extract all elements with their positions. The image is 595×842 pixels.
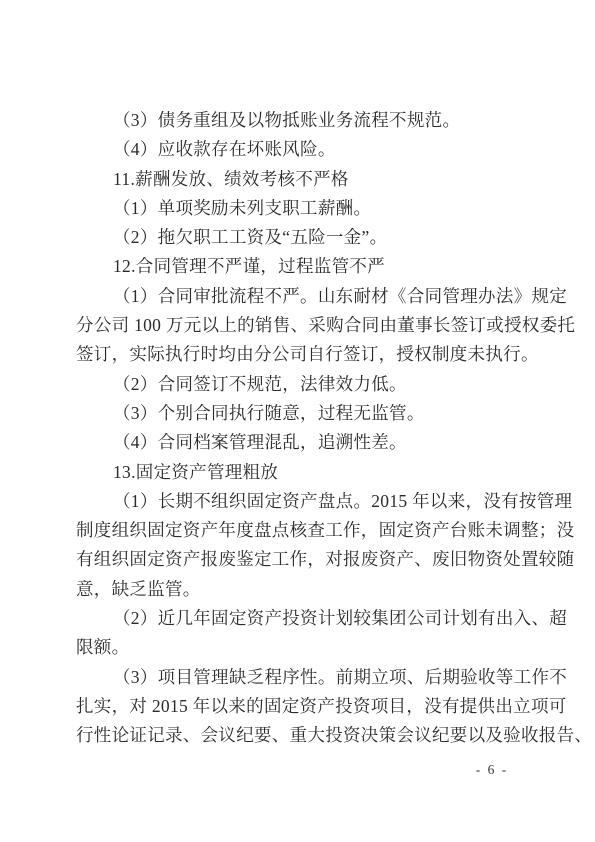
page-number: - 6 - <box>462 762 522 778</box>
document-body: （3）债务重组及以物抵账业务流程不规范。（4）应收款存在坏账风险。11.薪酬发放… <box>76 106 525 751</box>
document-line: 13.固定资产管理粗放 <box>76 458 525 487</box>
document-line: （4）合同档案管理混乱，追溯性差。 <box>76 428 525 457</box>
document-line: 行性论证记录、会议纪要、重大投资决策会议纪要以及验收报告、 <box>76 721 525 750</box>
document-line: 制度组织固定资产年度盘点核查工作，固定资产台账未调整；没 <box>76 516 525 545</box>
document-line: 签订，实际执行时均由分公司自行签订，授权制度未执行。 <box>76 340 525 369</box>
document-line: 有组织固定资产报废鉴定工作，对报废资产、废旧物资处置较随 <box>76 545 525 574</box>
document-line: （1）合同审批流程不严。山东耐材《合同管理办法》规定 <box>76 282 525 311</box>
document-line: 11.薪酬发放、绩效考核不严格 <box>76 165 525 194</box>
document-line: 限额。 <box>76 633 525 662</box>
document-line: （1）单项奖励未列支职工薪酬。 <box>76 194 525 223</box>
document-line: （3）项目管理缺乏程序性。前期立项、后期验收等工作不 <box>76 663 525 692</box>
document-line: （3）个别合同执行随意，过程无监管。 <box>76 399 525 428</box>
document-line: （2）拖欠职工工资及“五险一金”。 <box>76 223 525 252</box>
document-line: 扎实，对 2015 年以来的固定资产投资项目，没有提供出立项可 <box>76 692 525 721</box>
document-page: （3）债务重组及以物抵账业务流程不规范。（4）应收款存在坏账风险。11.薪酬发放… <box>0 0 595 842</box>
document-line: （4）应收款存在坏账风险。 <box>76 135 525 164</box>
document-line: （2）合同签订不规范，法律效力低。 <box>76 370 525 399</box>
document-line: 意，缺乏监管。 <box>76 575 525 604</box>
document-line: （2）近几年固定资产投资计划较集团公司计划有出入、超 <box>76 604 525 633</box>
document-line: 12.合同管理不严谨，过程监管不严 <box>76 252 525 281</box>
document-line: 分公司 100 万元以上的销售、采购合同由董事长签订或授权委托 <box>76 311 525 340</box>
document-line: （3）债务重组及以物抵账业务流程不规范。 <box>76 106 525 135</box>
document-line: （1）长期不组织固定资产盘点。2015 年以来，没有按管理 <box>76 487 525 516</box>
